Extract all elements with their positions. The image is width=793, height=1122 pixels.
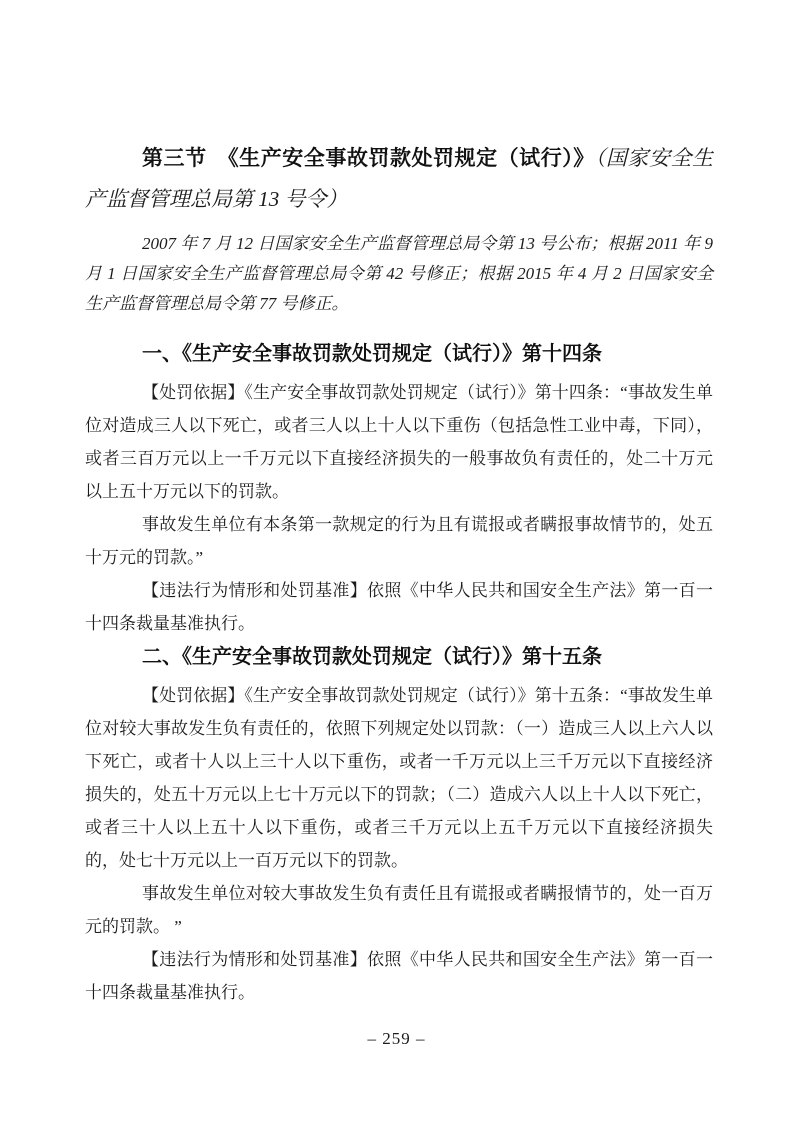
section-2-paragraph-violation-standard: 【违法行为情形和处罚基准】依照《中华人民共和国安全生产法》第一百一十四条裁量基准…	[85, 943, 713, 1009]
revision-history-note: 2007 年 7 月 12 日国家安全生产监督管理总局令第 13 号公布；根据 …	[85, 229, 713, 319]
chapter-title: 第三节 《生产安全事故罚款处罚规定（试行）》（国家安全生产监督管理总局第 13 …	[85, 138, 713, 219]
page-content: 第三节 《生产安全事故罚款处罚规定（试行）》（国家安全生产监督管理总局第 13 …	[85, 138, 713, 1009]
section-1-heading: 一、《生产安全事故罚款处罚规定（试行）》第十四条	[85, 339, 713, 369]
chapter-title-main: 第三节 《生产安全事故罚款处罚规定（试行）》	[142, 147, 595, 170]
section-2-paragraph-concealment-clause: 事故发生单位对较大事故发生负有责任且有谎报或者瞒报情节的，处一百万元的罚款。 ”	[85, 877, 713, 943]
section-2-heading: 二、《生产安全事故罚款处罚规定（试行）》第十五条	[85, 642, 713, 672]
document-page: 第三节 《生产安全事故罚款处罚规定（试行）》（国家安全生产监督管理总局第 13 …	[0, 0, 793, 1122]
section-1-paragraph-concealment-clause: 事故发生单位有本条第一款规定的行为且有谎报或者瞒报事故情节的，处五十万元的罚款。…	[85, 508, 713, 574]
section-1-paragraph-penalty-basis: 【处罚依据】《生产安全事故罚款处罚规定（试行）》第十四条：“事故发生单位对造成三…	[85, 376, 713, 508]
section-article-15: 二、《生产安全事故罚款处罚规定（试行）》第十五条 【处罚依据】《生产安全事故罚款…	[85, 642, 713, 1009]
section-1-paragraph-violation-standard: 【违法行为情形和处罚基准】依照《中华人民共和国安全生产法》第一百一十四条裁量基准…	[85, 574, 713, 640]
section-article-14: 一、《生产安全事故罚款处罚规定（试行）》第十四条 【处罚依据】《生产安全事故罚款…	[85, 339, 713, 640]
page-number: – 259 –	[0, 1028, 793, 1050]
section-2-paragraph-penalty-basis: 【处罚依据】《生产安全事故罚款处罚规定（试行）》第十五条：“事故发生单位对较大事…	[85, 679, 713, 877]
